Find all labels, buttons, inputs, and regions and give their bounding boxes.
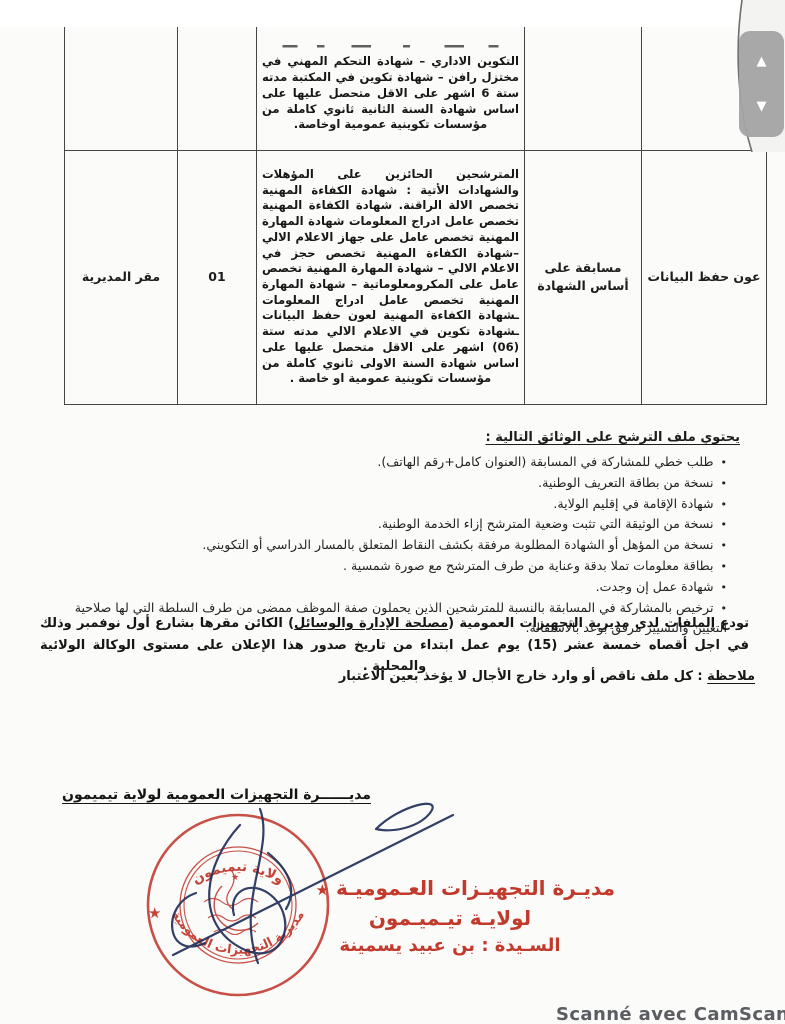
bullet-icon: • [721,581,728,594]
list-item: •نسخة من بطاقة التعريف الوطنية. [55,473,727,494]
scroll-down-button[interactable]: ▼ [739,100,784,113]
deposit-underlined-service: مصلحة الإدارة والوسائل [294,616,448,631]
cut-off-text-remnant [268,42,513,51]
documents-section-heading: يحتوي ملف الترشح على الوثائق التالية : [486,430,740,445]
scroll-widget[interactable]: ▲ ▼ [739,31,784,137]
list-item-text: نسخة من بطاقة التعريف الوطنية. [538,475,713,490]
bullet-icon: • [721,560,728,573]
deposit-text-before: تودع الملفات لدى مديرية التجهيزات العموم… [448,616,749,631]
list-item-text: طلب خطي للمشاركة في المسابقة (العنوان كا… [377,454,713,469]
chevron-down-icon: ▼ [757,99,767,114]
list-item: •شهادة عمل إن وجدت. [55,577,727,598]
list-item: •بطاقة معلومات تملا بدقة وعناية من طرف ا… [55,556,727,577]
conditions-continued-text: التكوين الاداري – شهادة التحكم المهني في… [262,54,519,133]
list-item: •نسخة من المؤهل أو الشهادة المطلوبة مرفق… [55,535,727,556]
cell-location-partial [65,26,178,150]
cell-posts-count: 01 [178,150,257,404]
cell-conditions: المترشحين الحائزين على المؤهلات والشهادا… [257,150,525,404]
bullet-icon: • [721,539,728,552]
cell-conditions-continued: التكوين الاداري – شهادة التحكم المهني في… [257,26,525,150]
deposit-paragraph: تودع الملفات لدى مديرية التجهيزات العموم… [40,613,749,678]
chevron-up-icon: ▲ [757,54,767,69]
documents-list: •طلب خطي للمشاركة في المسابقة (العنوان ك… [55,452,727,638]
camscanner-watermark: Scanné avec CamScanner [556,1004,785,1024]
cell-job-title: عون حفظ البيانات [642,150,767,404]
recruitment-table: التكوين الاداري – شهادة التحكم المهني في… [64,26,767,405]
bullet-icon: • [721,456,728,469]
bullet-icon: • [721,477,728,490]
bullet-icon: • [721,498,728,511]
list-item-text: شهادة الإقامة في إقليم الولاية. [553,496,713,511]
list-item: •نسخة من الوثيقة التي تثبت وضعية المترشح… [55,514,727,535]
list-item: •طلب خطي للمشاركة في المسابقة (العنوان ك… [55,452,727,473]
list-item-text: بطاقة معلومات تملا بدقة وعناية من طرف ال… [343,558,713,573]
note-line: ملاحظة : كل ملف ناقص أو وارد خارج الأجال… [339,669,755,684]
list-item-text: شهادة عمل إن وجدت. [596,579,714,594]
note-label: ملاحظة [707,669,755,684]
list-item-text: نسخة من المؤهل أو الشهادة المطلوبة مرفقة… [202,537,713,552]
scroll-up-button[interactable]: ▲ [739,55,784,68]
cell-competition-partial [525,26,642,150]
cell-posts-partial [178,26,257,150]
list-item-text: نسخة من الوثيقة التي تثبت وضعية المترشح … [378,516,714,531]
bullet-icon: • [721,518,728,531]
scanned-document-page: التكوين الاداري – شهادة التحكم المهني في… [0,0,785,1024]
app-background-band [0,0,785,27]
note-text: : كل ملف ناقص أو وارد خارج الأجال لا يؤخ… [339,669,707,684]
cell-competition-type: مسابقة على أساس الشهادة [525,150,642,404]
list-item: •شهادة الإقامة في إقليم الولاية. [55,494,727,515]
cell-location: مقر المديرية [65,150,178,404]
handwritten-signature [148,793,478,978]
